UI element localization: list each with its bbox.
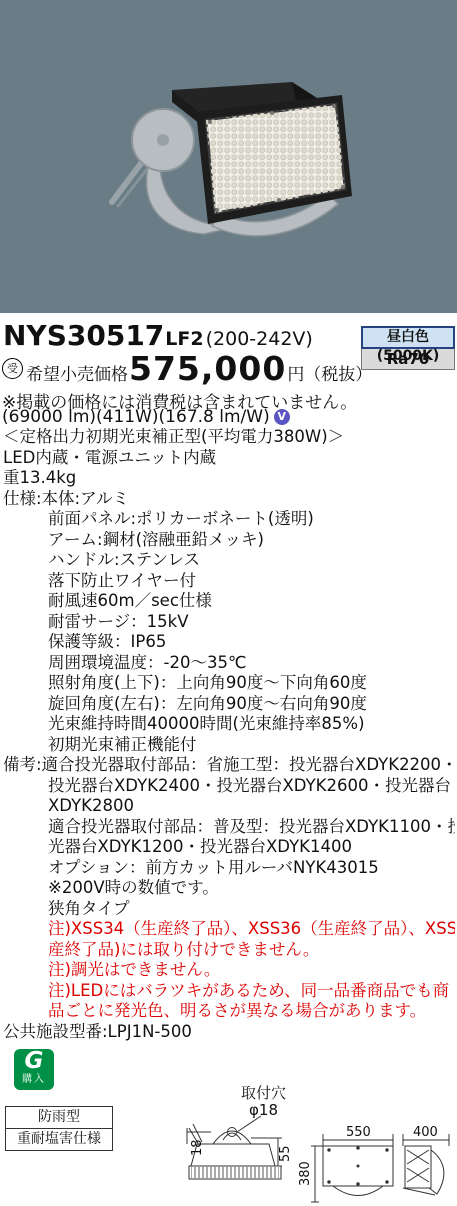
spec-line: 適合投光器取付部品：普及型：投光器台XDYK1100・投 [3, 817, 455, 838]
spec-line: 注)調光はできません。 [3, 960, 455, 981]
spec-line: 耐雷サージ：15kV [3, 612, 455, 633]
spec-line: ※200V時の数値です。 [3, 878, 455, 899]
dim-550: 550 [346, 1125, 371, 1140]
spec-line: 落下防止ワイヤー付 [3, 571, 455, 592]
dimension-drawings: 取付穴 φ18 18 55 550 380 400 [185, 1082, 457, 1206]
spec-lines: ＜定格出力初期光束補正型(平均電力380W)＞LED内蔵・電源ユニット内蔵重13… [3, 427, 455, 1042]
spec-line: 仕様:本体:アルミ [3, 489, 455, 510]
feature-boxes: 防雨型 重耐塩害仕様 [5, 1106, 113, 1151]
color-temp-badge: 昼白色(5000K) [361, 326, 455, 349]
green-purchase-icon: G 購入 [14, 1049, 54, 1090]
spec-line: 注)XSS34（生産終了品）、XSS36（生産終了品）、XSS38（生 [3, 919, 455, 940]
price-label: 希望小売価格 [26, 360, 128, 385]
v-mark-icon: V [274, 409, 290, 425]
light-info-boxes: 昼白色(5000K) Ra70 [361, 326, 455, 370]
price-unit: 円（税抜） [287, 360, 372, 385]
spec-line: 注)LEDにはバラツキがあるため、同一品番商品でも商 [3, 981, 455, 1002]
model-header: NYS30517 LF2 (200-242V) [3, 319, 313, 352]
front-view-drawing [311, 1134, 393, 1202]
spec-line: 光束維持時間40000時間(光束維持率85%) [3, 714, 455, 735]
spec-line: 耐風速60m／sec仕様 [3, 591, 455, 612]
green-purchase-letter: G [14, 1049, 54, 1074]
spec-line: ＜定格出力初期光束補正型(平均電力380W)＞ [3, 427, 455, 448]
spec-line: アーム:鋼材(溶融亜鉛メッキ) [3, 530, 455, 551]
mount-hole-label: 取付穴 [241, 1084, 286, 1102]
performance-row: (69000 lm)(411W)(167.8 lm/W) V [2, 407, 290, 427]
spec-line: 公共施設型番:LPJ1N-500 [3, 1022, 455, 1043]
spec-line: 旋回角度(左右)：左向角90度〜右向角90度 [3, 694, 455, 715]
spec-line: 品ごとに発光色、明るさが異なる場合があります。 [3, 1001, 455, 1022]
catalog-page: NYS30517 LF2 (200-242V) 昼白色(5000K) Ra70 … [0, 0, 457, 1206]
spec-line: 保護等級：IP65 [3, 632, 455, 653]
order-product-icon: 受 [2, 358, 23, 379]
model-number: NYS30517 [3, 319, 164, 352]
profile-view-drawing [403, 1134, 449, 1195]
spec-line: 照射角度(上下)：上向角90度〜下向角60度 [3, 673, 455, 694]
dim-400: 400 [413, 1125, 438, 1140]
cri-badge: Ra70 [361, 349, 455, 370]
spec-line: オプション：前方カット用ルーバNYK43015 [3, 858, 455, 879]
price-amount: 575,000 [129, 349, 286, 388]
green-purchase-label: 購入 [14, 1074, 54, 1086]
spec-line: 狭角タイプ [3, 899, 455, 920]
spec-line: 投光器台XDYK2400・投光器台XDYK2600・投光器台 [3, 776, 455, 797]
spec-line: 光器台XDYK1200・投光器台XDYK1400 [3, 837, 455, 858]
dim-18: 18 [190, 1139, 205, 1156]
feature-salt-resistant: 重耐塩害仕様 [6, 1128, 112, 1150]
spec-line: 周囲環境温度：-20〜35℃ [3, 653, 455, 674]
dim-55: 55 [278, 1145, 293, 1162]
spec-line: XDYK2800 [3, 796, 455, 817]
product-photo [0, 0, 457, 313]
feature-rainproof: 防雨型 [6, 1107, 112, 1128]
spec-line: LED内蔵・電源ユニット内蔵 [3, 448, 455, 469]
spec-line: 重13.4kg [3, 468, 455, 489]
spec-line: 前面パネル:ポリカーボネート(透明) [3, 509, 455, 530]
spec-line: 初期光束補正機能付 [3, 735, 455, 756]
voltage-range: (200-242V) [206, 328, 313, 350]
model-suffix: LF2 [165, 328, 203, 350]
spec-line: 産終了品)には取り付けできません。 [3, 940, 455, 961]
spec-line: 備考:適合投光器取付部品：省施工型：投光器台XDYK2200・ [3, 755, 455, 776]
dim-380: 380 [298, 1161, 313, 1186]
spec-line: ハンドル:ステンレス [3, 550, 455, 571]
price-row: 受 希望小売価格 575,000 円（税抜） [2, 349, 372, 388]
mount-hole-diameter: φ18 [249, 1101, 278, 1119]
performance-values: (69000 lm)(411W)(167.8 lm/W) [2, 407, 270, 427]
